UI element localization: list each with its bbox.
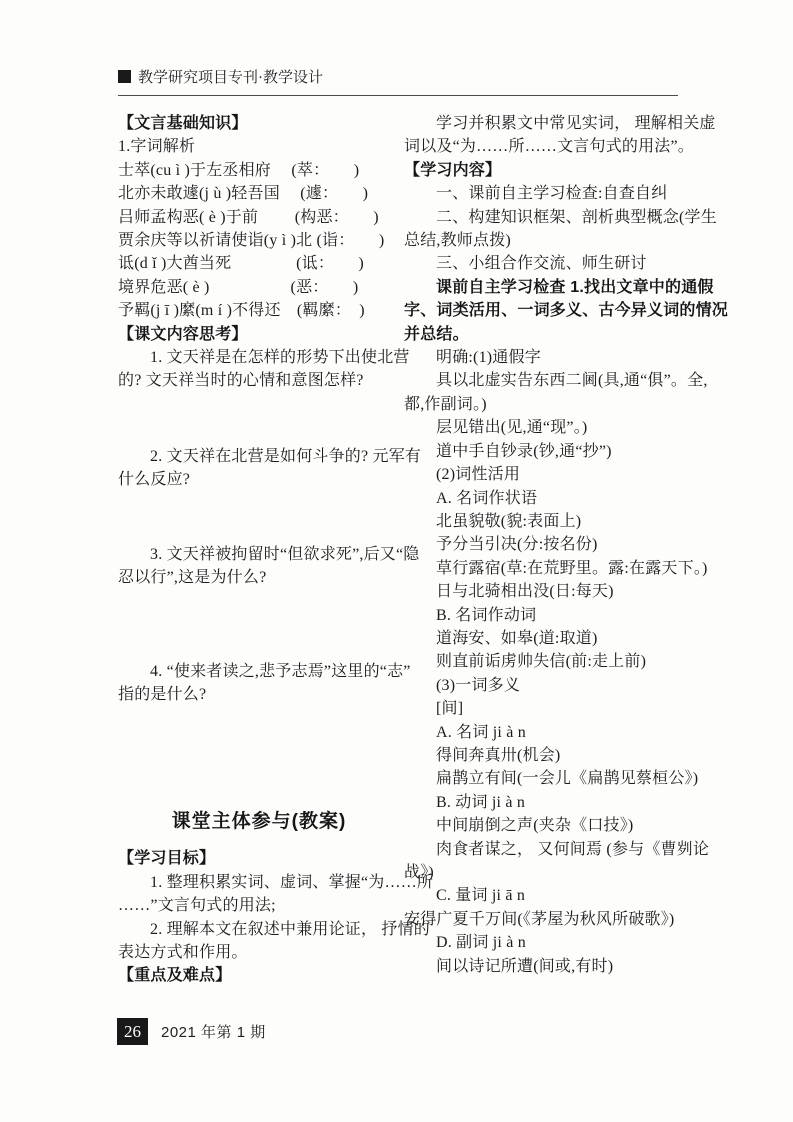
text-line: 字、词类活用、一词多义、古今异义词的情况	[404, 299, 704, 322]
text-line: 并总结。	[404, 323, 704, 346]
text-line: (2)词性活用	[404, 463, 704, 486]
text-line: 贾余庆等以祈请使诣(y ì )北 (诣： )	[118, 229, 400, 252]
text-line: A. 名词 ji à n	[404, 721, 704, 744]
text-line: 日与北骑相出没(日:每天)	[404, 580, 704, 603]
text-line: 1.字词解析	[118, 135, 400, 158]
text-line: 忍以行”,这是为什么?	[118, 566, 400, 589]
text-line: 层见错出(见,通“现”。)	[404, 416, 704, 439]
text-line: 3. 文天祥被拘留时“但欲求死”,后又“隐	[118, 543, 400, 566]
text-line: 三、小组合作交流、师生研讨	[404, 252, 704, 275]
text-line: 扁鹊立有间(一会儿《扁鹊见蔡桓公》)	[404, 767, 704, 790]
text-line: 词以及“为……所……文言句式的用法”。	[404, 135, 704, 158]
text-line: 境界危恶( è ) (恶： )	[118, 276, 400, 299]
text-line: 课堂主体参与(教案)	[118, 809, 400, 835]
text-line: B. 动词 ji à n	[404, 791, 704, 814]
text-line: 1. 文天祥是在怎样的形势下出使北营	[118, 346, 400, 369]
journal-page: 教学研究项目专刊·教学设计 【文言基础知识】1.字词解析士萃(cu ì )于左丞…	[0, 0, 793, 1122]
page-footer: 26 2021 年第 1 期	[117, 1018, 266, 1045]
text-line: 2. 理解本文在叙述中兼用论证， 抒情的	[118, 918, 400, 941]
text-line: B. 名词作动词	[404, 604, 704, 627]
text-line: 吕师孟构恶( è )于前 (构恶： )	[118, 206, 400, 229]
text-line: [间]	[404, 697, 704, 720]
text-line: 安得广夏千万间(《茅屋为秋风所破歌》)	[404, 908, 704, 931]
text-line: 4. “使来者读之,悲予志焉”这里的“志”	[118, 660, 400, 683]
filled-square-icon	[118, 70, 131, 83]
text-line: 明确:(1)通假字	[404, 346, 704, 369]
text-line: 肉食者谋之， 又何间焉 (参与《曹刿论	[404, 838, 704, 861]
text-line: 二、构建知识框架、剖析典型概念(学生	[404, 206, 704, 229]
text-line: 得间奔真卅(机会)	[404, 744, 704, 767]
text-line: 北亦未敢遽(j ù )轻吾国 (遽： )	[118, 182, 400, 205]
text-line: 什么反应?	[118, 468, 400, 491]
page-number-badge: 26	[117, 1018, 148, 1045]
text-line: 2. 文天祥在北营是如何斗争的? 元军有	[118, 445, 400, 468]
text-line: 1. 整理积累实词、虚词、掌握“为……所	[118, 871, 400, 894]
text-line: D. 副词 ji à n	[404, 931, 704, 954]
text-line: 指的是什么?	[118, 683, 400, 706]
text-line: 予分当引决(分:按名份)	[404, 533, 704, 556]
text-line: 学习并积累文中常见实词， 理解相关虚	[404, 112, 704, 135]
header-rule	[118, 95, 678, 96]
text-line: 战》)	[404, 861, 704, 884]
page-header: 教学研究项目专刊·教学设计	[118, 68, 323, 88]
text-line: 士萃(cu ì )于左丞相府 (萃： )	[118, 159, 400, 182]
text-line: 予羁(j ī )縻(m í )不得还 (羁縻： )	[118, 299, 400, 322]
text-line: 道中手自钞录(钞,通“抄”)	[404, 440, 704, 463]
left-column: 【文言基础知识】1.字词解析士萃(cu ì )于左丞相府 (萃： )北亦未敢遽(…	[118, 112, 400, 988]
text-line: 间以诗记所遭(间或,有时)	[404, 955, 704, 978]
text-line: 具以北虚实告东西二阃(具,通“俱”。全,	[404, 369, 704, 392]
text-line: 中间崩倒之声(夹杂《口技》)	[404, 814, 704, 837]
text-line: 课前自主学习检查 1.找出文章中的通假	[404, 276, 704, 299]
text-line: 的? 文天祥当时的心情和意图怎样?	[118, 369, 400, 392]
text-line: 【重点及难点】	[118, 964, 400, 987]
text-line: 【学习目标】	[118, 847, 400, 870]
text-line: C. 量词 ji ā n	[404, 884, 704, 907]
right-column: 学习并积累文中常见实词， 理解相关虚词以及“为……所……文言句式的用法”。【学习…	[404, 112, 704, 978]
text-line: 表达方式和作用。	[118, 941, 400, 964]
text-line: (3)一词多义	[404, 674, 704, 697]
header-title: 教学研究项目专刊·教学设计	[138, 70, 323, 86]
text-line: 一、课前自主学习检查:自查自纠	[404, 182, 704, 205]
text-line: 【课文内容思考】	[118, 323, 400, 346]
text-line: 草行露宿(草:在荒野里。露:在露天下。)	[404, 557, 704, 580]
text-line: 都,作副词。)	[404, 393, 704, 416]
text-line: 北虽貌敬(貌:表面上)	[404, 510, 704, 533]
text-line: 【学习内容】	[404, 159, 704, 182]
text-line: 总结,教师点拨)	[404, 229, 704, 252]
text-line: A. 名词作状语	[404, 487, 704, 510]
text-line: 诋(d ǐ )大酋当死 (诋： )	[118, 252, 400, 275]
issue-label: 2021 年第 1 期	[161, 1021, 266, 1042]
text-line: 【文言基础知识】	[118, 112, 400, 135]
text-line: 则直前诟虏帅失信(前:走上前)	[404, 650, 704, 673]
text-line: ……”文言句式的用法;	[118, 894, 400, 917]
text-line: 道海安、如皋(道:取道)	[404, 627, 704, 650]
